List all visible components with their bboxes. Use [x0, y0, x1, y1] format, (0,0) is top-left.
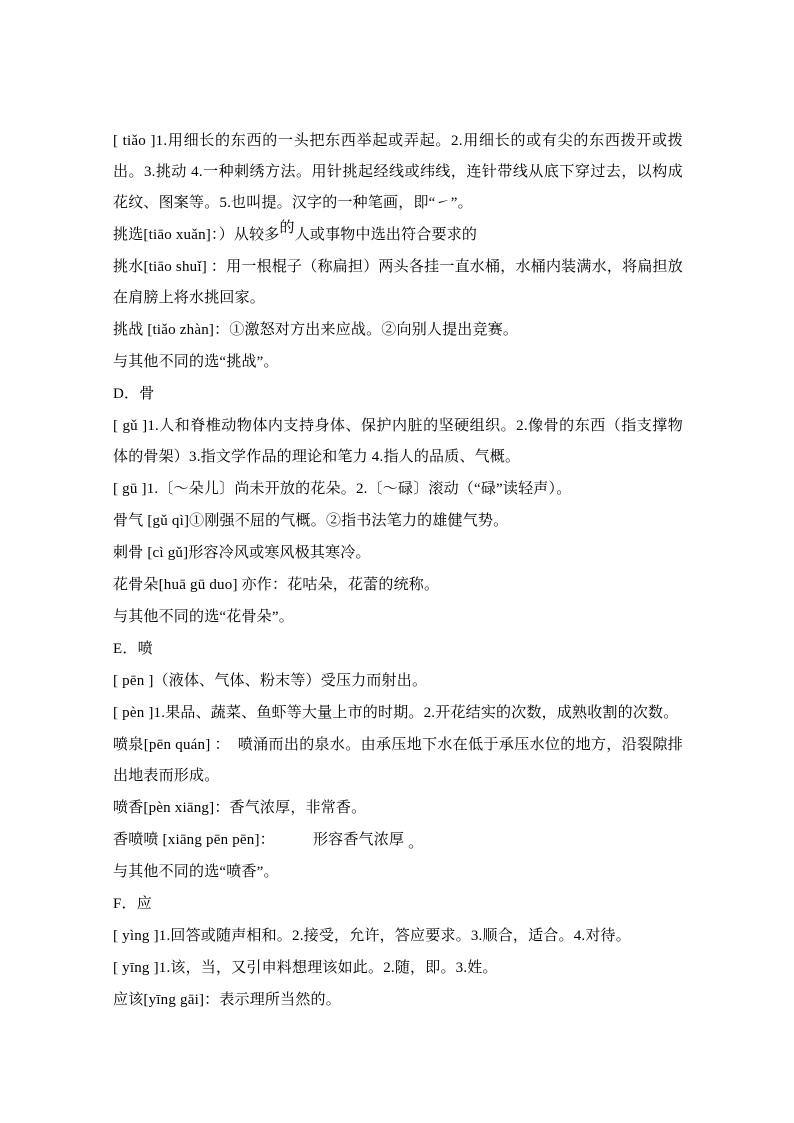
entry-huaguduo: 花骨朵[huā gū duo] 亦作：花咕朵，花蕾的统称。	[113, 570, 683, 601]
entry-guqi: 骨气 [gǔ qì]①刚强不屈的气概。②指书法笔力的雄健气势。	[113, 506, 683, 537]
section-heading-e: E．喷	[113, 634, 683, 665]
entry-xiangpenpen: 香喷喷 [xiāng pēn pēn]： 形容香气浓厚 。	[113, 825, 683, 856]
lowered-period-run: 。	[408, 835, 423, 851]
text-run: 香喷喷 [xiāng pēn pēn]： 形容香气浓厚	[113, 832, 408, 848]
text-run: 人或事物中选出符合要求的	[295, 227, 477, 243]
section-heading-d: D．骨	[113, 379, 683, 410]
answer-tiaozhan: 与其他不同的选“挑战”。	[113, 347, 683, 378]
definition-ying1: [ yīng ]1.该，当，又引申料想理该如此。2.随，即。3.姓。	[113, 953, 683, 984]
document-page: [ tiǎo ]1.用细长的东西的一头把东西举起或弄起。2.用细长的或有尖的东西…	[113, 126, 683, 1017]
entry-penquan: 喷泉[pēn quán] ： 喷涌而出的泉水。由承压地下水在低于承压水位的地方，…	[113, 730, 683, 792]
entry-cigu: 刺骨 [cì gǔ]形容冷风或寒风极其寒冷。	[113, 538, 683, 569]
text-run: 挑选[tiāo xuǎn]：）从较多	[113, 227, 280, 243]
entry-yinggai: 应该[yīng gāi]：表示理所当然的。	[113, 985, 683, 1016]
definition-pen1: [ pēn ]（液体、气体、粉末等）受压力而射出。	[113, 666, 683, 697]
definition-gu1: [ gū ]1.〔～朵儿〕尚未开放的花朵。2.〔～碌〕滚动（“碌”读轻声）。	[113, 474, 683, 505]
definition-gu3: [ gǔ ]1.人和脊椎动物体内支持身体、保护内脏的坚硬组织。2.像骨的东西（指…	[113, 411, 683, 473]
definition-pen4: [ pèn ]1.果品、蔬菜、鱼虾等大量上市的时期。2.开花结实的次数，成熟收割…	[113, 698, 683, 729]
superscript-run: 的	[280, 220, 295, 236]
entry-tiaozhan: 挑战 [tiǎo zhàn]：①激怒对方出来应战。②向别人提出竞赛。	[113, 315, 683, 346]
section-heading-f: F．应	[113, 889, 683, 920]
entry-tiaoshui: 挑水[tiāo shuǐ] ：用一根棍子（称扁担）两头各挂一直水桶，水桶内装满水…	[113, 252, 683, 314]
entry-penxiang: 喷香[pèn xiāng]：香气浓厚，非常香。	[113, 793, 683, 824]
definition-ying4: [ yìng ]1.回答或随声相和。2.接受，允许，答应要求。3.顺合，适合。4…	[113, 921, 683, 952]
document-canvas: { "page": { "background_color": "#ffffff…	[0, 0, 794, 1123]
definition-tiao: [ tiǎo ]1.用细长的东西的一头把东西举起或弄起。2.用细长的或有尖的东西…	[113, 126, 683, 219]
answer-penxiang: 与其他不同的选“喷香”。	[113, 857, 683, 888]
answer-huaguduo: 与其他不同的选“花骨朵”。	[113, 602, 683, 633]
entry-tiaoxuan: 挑选[tiāo xuǎn]：）从较多的人或事物中选出符合要求的	[113, 220, 683, 251]
